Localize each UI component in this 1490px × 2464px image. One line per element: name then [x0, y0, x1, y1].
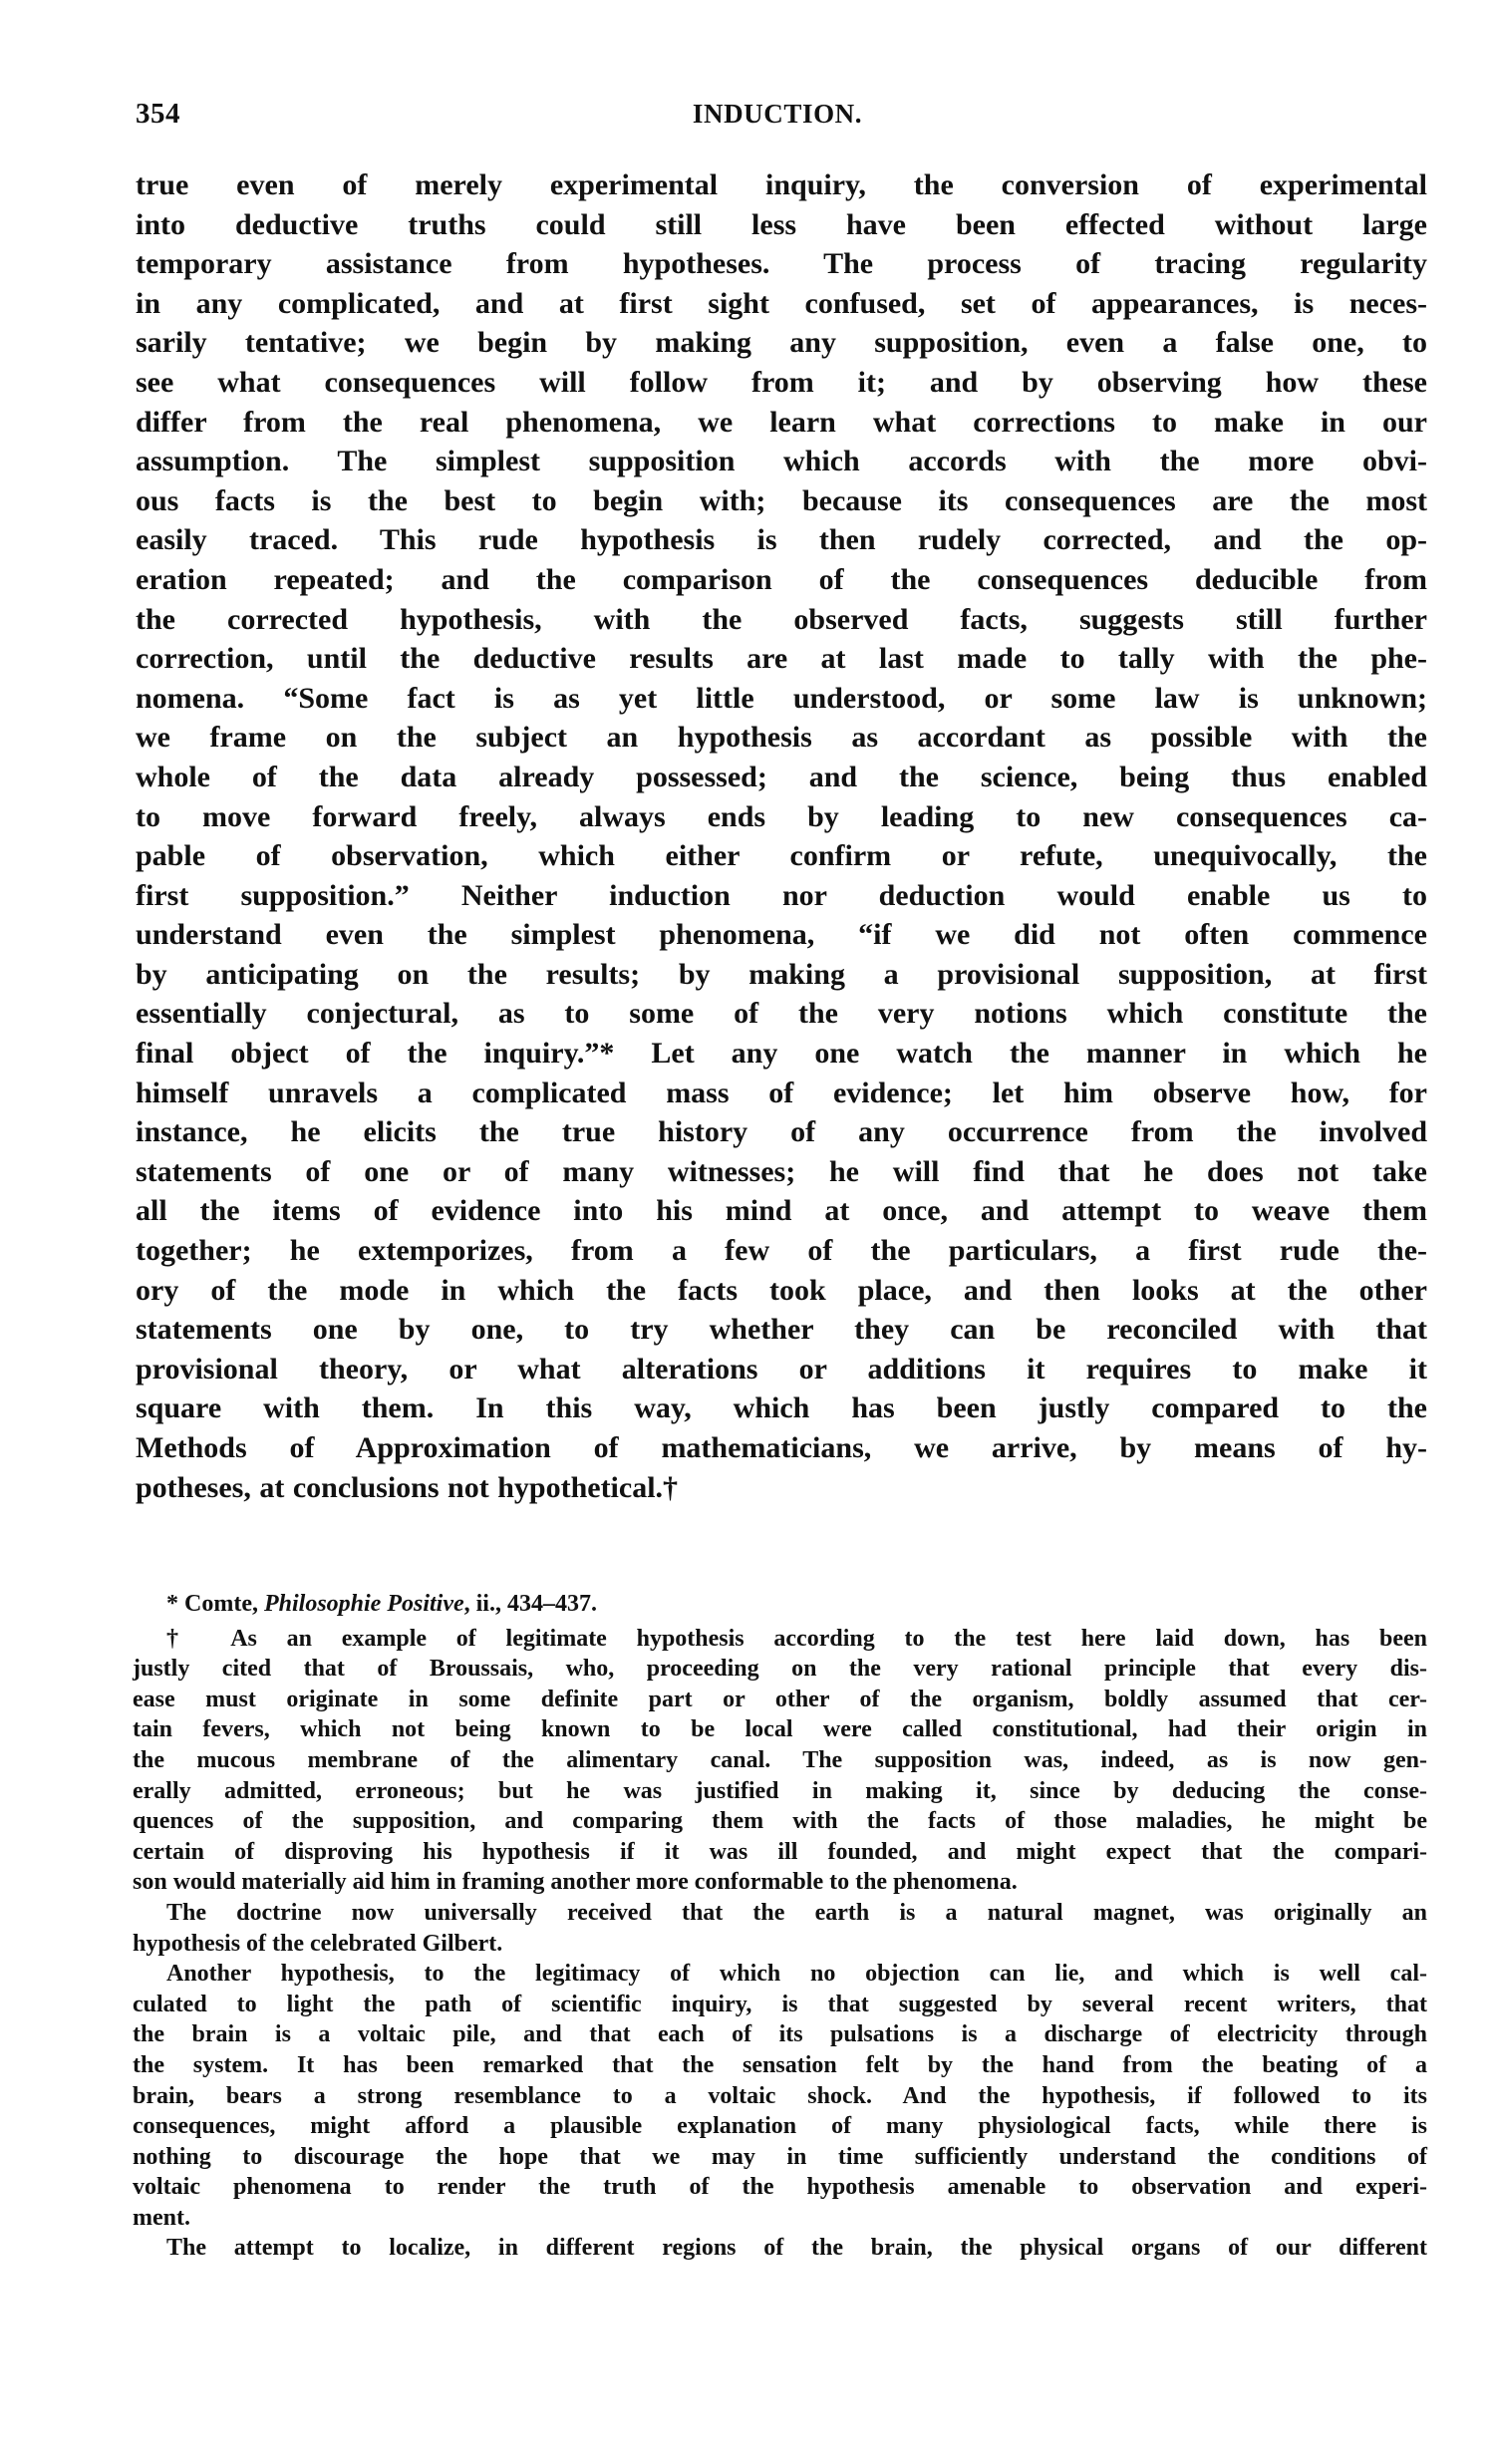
text-line-content: statements of one or of many witnesses; …: [136, 1152, 1427, 1192]
text-line-content: easily traced. This rude hypothesis is t…: [136, 520, 1427, 560]
footnote-line-content: erally admitted, erroneous; but he was j…: [133, 1776, 1427, 1807]
text-line: nomena. “Some fact is as yet little unde…: [136, 679, 1427, 719]
text-line-content: whole of the data already possessed; and…: [136, 758, 1427, 797]
text-line-content: pable of observation, which either confi…: [136, 836, 1427, 876]
running-title-text: INDUCTION.: [693, 96, 862, 132]
text-line: assumption. The simplest supposition whi…: [136, 442, 1427, 481]
footnote-line: the system. It has been remarked that th…: [133, 2050, 1427, 2081]
text-line-content: potheses, at conclusions not hypothetica…: [136, 1468, 1427, 1508]
text-line-content: temporary assistance from hypotheses. Th…: [136, 244, 1427, 284]
text-line: true even of merely experimental inquiry…: [136, 165, 1427, 205]
text-line: sarily tentative; we begin by making any…: [136, 323, 1427, 363]
text-line-content: eration repeated; and the comparison of …: [136, 560, 1427, 600]
text-line: into deductive truths could still less h…: [136, 205, 1427, 245]
footnote-line: The attempt to localize, in different re…: [133, 2233, 1427, 2264]
footnote-book-title: Philosophie Positive: [264, 1591, 464, 1617]
footnote-line-content: voltaic phenomena to render the truth of…: [133, 2172, 1427, 2203]
text-line: differ from the real phenomena, we learn…: [136, 403, 1427, 443]
text-line-content: ory of the mode in which the facts took …: [136, 1271, 1427, 1311]
text-line: ous facts is the best to begin with; bec…: [136, 481, 1427, 521]
text-line-content: instance, he elicits the true history of…: [136, 1112, 1427, 1152]
text-line: easily traced. This rude hypothesis is t…: [136, 520, 1427, 560]
footnote-line: culated to light the path of scientific …: [133, 1990, 1427, 2020]
text-line-content: true even of merely experimental inquiry…: [136, 165, 1427, 205]
footnote-line-content: ment.: [133, 2203, 1427, 2234]
text-line: understand even the simplest phenomena, …: [136, 915, 1427, 955]
text-line-content: differ from the real phenomena, we learn…: [136, 403, 1427, 443]
text-line: eration repeated; and the comparison of …: [136, 560, 1427, 600]
text-line-content: sarily tentative; we begin by making any…: [136, 323, 1427, 363]
footnote-line: certain of disproving his hypothesis if …: [133, 1837, 1427, 1868]
footnote-line: erally admitted, erroneous; but he was j…: [133, 1776, 1427, 1807]
footnote-line: quences of the supposition, and comparin…: [133, 1806, 1427, 1837]
footnote-line: voltaic phenomena to render the truth of…: [133, 2172, 1427, 2203]
text-line-content: all the items of evidence into his mind …: [136, 1191, 1427, 1231]
text-line: pable of observation, which either confi…: [136, 836, 1427, 876]
footnotes: * Comte, Philosophie Positive, ii., 434–…: [133, 1589, 1427, 2264]
footnote-line-content: nothing to discourage the hope that we m…: [133, 2142, 1427, 2173]
text-line-content: the corrected hypothesis, with the obser…: [136, 600, 1427, 640]
footnote-line-content: justly cited that of Broussais, who, pro…: [133, 1654, 1427, 1685]
text-line: himself unravels a complicated mass of e…: [136, 1074, 1427, 1113]
text-line: in any complicated, and at first sight c…: [136, 284, 1427, 324]
footnote-line-content: the system. It has been remarked that th…: [133, 2050, 1427, 2081]
text-line-content: into deductive truths could still less h…: [136, 205, 1427, 245]
book-page: 354 INDUCTION. true even of merely exper…: [0, 0, 1490, 2464]
footnote-line: Another hypothesis, to the legitimacy of…: [133, 1959, 1427, 1990]
text-line-content: nomena. “Some fact is as yet little unde…: [136, 679, 1427, 719]
footnote-marker-asterisk: * Comte,: [166, 1591, 264, 1617]
footnote-comte-content: * Comte, Philosophie Positive, ii., 434–…: [133, 1589, 1427, 1620]
footnote-line-content: brain, bears a strong resemblance to a v…: [133, 2081, 1427, 2112]
text-line-content: ous facts is the best to begin with; bec…: [136, 481, 1427, 521]
text-line: to move forward freely, always ends by l…: [136, 797, 1427, 837]
footnote-line-content: tain fevers, which not being known to be…: [133, 1714, 1427, 1745]
footnote-line-content: certain of disproving his hypothesis if …: [133, 1837, 1427, 1868]
footnote-line-content: the mucous membrane of the alimentary ca…: [133, 1745, 1427, 1776]
text-line-content: to move forward freely, always ends by l…: [136, 797, 1427, 837]
text-line-content: by anticipating on the results; by makin…: [136, 955, 1427, 995]
text-line: statements one by one, to try whether th…: [136, 1310, 1427, 1350]
text-line: by anticipating on the results; by makin…: [136, 955, 1427, 995]
footnote-line: nothing to discourage the hope that we m…: [133, 2142, 1427, 2173]
text-line-content: understand even the simplest phenomena, …: [136, 915, 1427, 955]
footnote-line: The doctrine now universally received th…: [133, 1898, 1427, 1929]
text-line: essentially conjectural, as to some of t…: [136, 994, 1427, 1034]
footnote-line: son would materially aid him in framing …: [133, 1867, 1427, 1898]
text-line: ory of the mode in which the facts took …: [136, 1271, 1427, 1311]
text-line: temporary assistance from hypotheses. Th…: [136, 244, 1427, 284]
text-line-content: Methods of Approximation of mathematicia…: [136, 1428, 1427, 1468]
text-line-content: in any complicated, and at first sight c…: [136, 284, 1427, 324]
footnote-line: consequences, might afford a plausible e…: [133, 2111, 1427, 2142]
text-line: whole of the data already possessed; and…: [136, 758, 1427, 797]
text-line-content: essentially conjectural, as to some of t…: [136, 994, 1427, 1034]
footnote-comte: * Comte, Philosophie Positive, ii., 434–…: [133, 1589, 1427, 1620]
footnote-line: tain fevers, which not being known to be…: [133, 1714, 1427, 1745]
text-line: Methods of Approximation of mathematicia…: [136, 1428, 1427, 1468]
footnote-line: hypothesis of the celebrated Gilbert.: [133, 1929, 1427, 1960]
footnote-line-content: Another hypothesis, to the legitimacy of…: [133, 1959, 1427, 1990]
text-line: correction, until the deductive results …: [136, 639, 1427, 679]
text-line: together; he extemporizes, from a few of…: [136, 1231, 1427, 1271]
text-line: the corrected hypothesis, with the obser…: [136, 600, 1427, 640]
footnote-line: ease must originate in some definite par…: [133, 1685, 1427, 1715]
text-line: final object of the inquiry.”* Let any o…: [136, 1034, 1427, 1074]
text-line-content: statements one by one, to try whether th…: [136, 1310, 1427, 1350]
footnote-line-content: ease must originate in some definite par…: [133, 1685, 1427, 1715]
text-line: statements of one or of many witnesses; …: [136, 1152, 1427, 1192]
footnote-line: the brain is a voltaic pile, and that ea…: [133, 2019, 1427, 2050]
footnote-reference: , ii., 434–437.: [464, 1591, 597, 1617]
text-line-content: assumption. The simplest supposition whi…: [136, 442, 1427, 481]
footnote-line: the mucous membrane of the alimentary ca…: [133, 1745, 1427, 1776]
text-line-content: final object of the inquiry.”* Let any o…: [136, 1034, 1427, 1074]
text-line-content: first supposition.” Neither induction no…: [136, 876, 1427, 916]
main-text: true even of merely experimental inquiry…: [136, 165, 1427, 1507]
text-line-content: himself unravels a complicated mass of e…: [136, 1074, 1427, 1113]
footnote-line-content: The doctrine now universally received th…: [133, 1898, 1427, 1929]
footnote-line-content: son would materially aid him in framing …: [133, 1867, 1427, 1898]
footnote-line: † As an example of legitimate hypothesis…: [133, 1624, 1427, 1655]
footnote-line-content: The attempt to localize, in different re…: [133, 2233, 1427, 2264]
footnote-line-content: culated to light the path of scientific …: [133, 1990, 1427, 2020]
text-line: we frame on the subject an hypothesis as…: [136, 718, 1427, 758]
text-line-content: square with them. In this way, which has…: [136, 1388, 1427, 1428]
text-line-content: see what consequences will follow from i…: [136, 363, 1427, 403]
text-line: see what consequences will follow from i…: [136, 363, 1427, 403]
text-line-content: we frame on the subject an hypothesis as…: [136, 718, 1427, 758]
text-line-content: provisional theory, or what alterations …: [136, 1350, 1427, 1389]
text-line-content: correction, until the deductive results …: [136, 639, 1427, 679]
footnote-line: justly cited that of Broussais, who, pro…: [133, 1654, 1427, 1685]
text-line: all the items of evidence into his mind …: [136, 1191, 1427, 1231]
text-line-last: potheses, at conclusions not hypothetica…: [136, 1468, 1427, 1508]
footnote-line-content: consequences, might afford a plausible e…: [133, 2111, 1427, 2142]
footnote-line-content: the brain is a voltaic pile, and that ea…: [133, 2019, 1427, 2050]
text-line: first supposition.” Neither induction no…: [136, 876, 1427, 916]
running-title: INDUCTION.: [136, 96, 1427, 132]
footnote-line-content: † As an example of legitimate hypothesis…: [133, 1624, 1427, 1655]
footnote-line: ment.: [133, 2203, 1427, 2234]
footnote-line: brain, bears a strong resemblance to a v…: [133, 2081, 1427, 2112]
text-line: instance, he elicits the true history of…: [136, 1112, 1427, 1152]
text-line-content: together; he extemporizes, from a few of…: [136, 1231, 1427, 1271]
footnote-line-content: quences of the supposition, and comparin…: [133, 1806, 1427, 1837]
text-line: provisional theory, or what alterations …: [136, 1350, 1427, 1389]
running-head: 354 INDUCTION.: [136, 96, 1427, 132]
text-line: square with them. In this way, which has…: [136, 1388, 1427, 1428]
footnote-line-content: hypothesis of the celebrated Gilbert.: [133, 1929, 1427, 1960]
